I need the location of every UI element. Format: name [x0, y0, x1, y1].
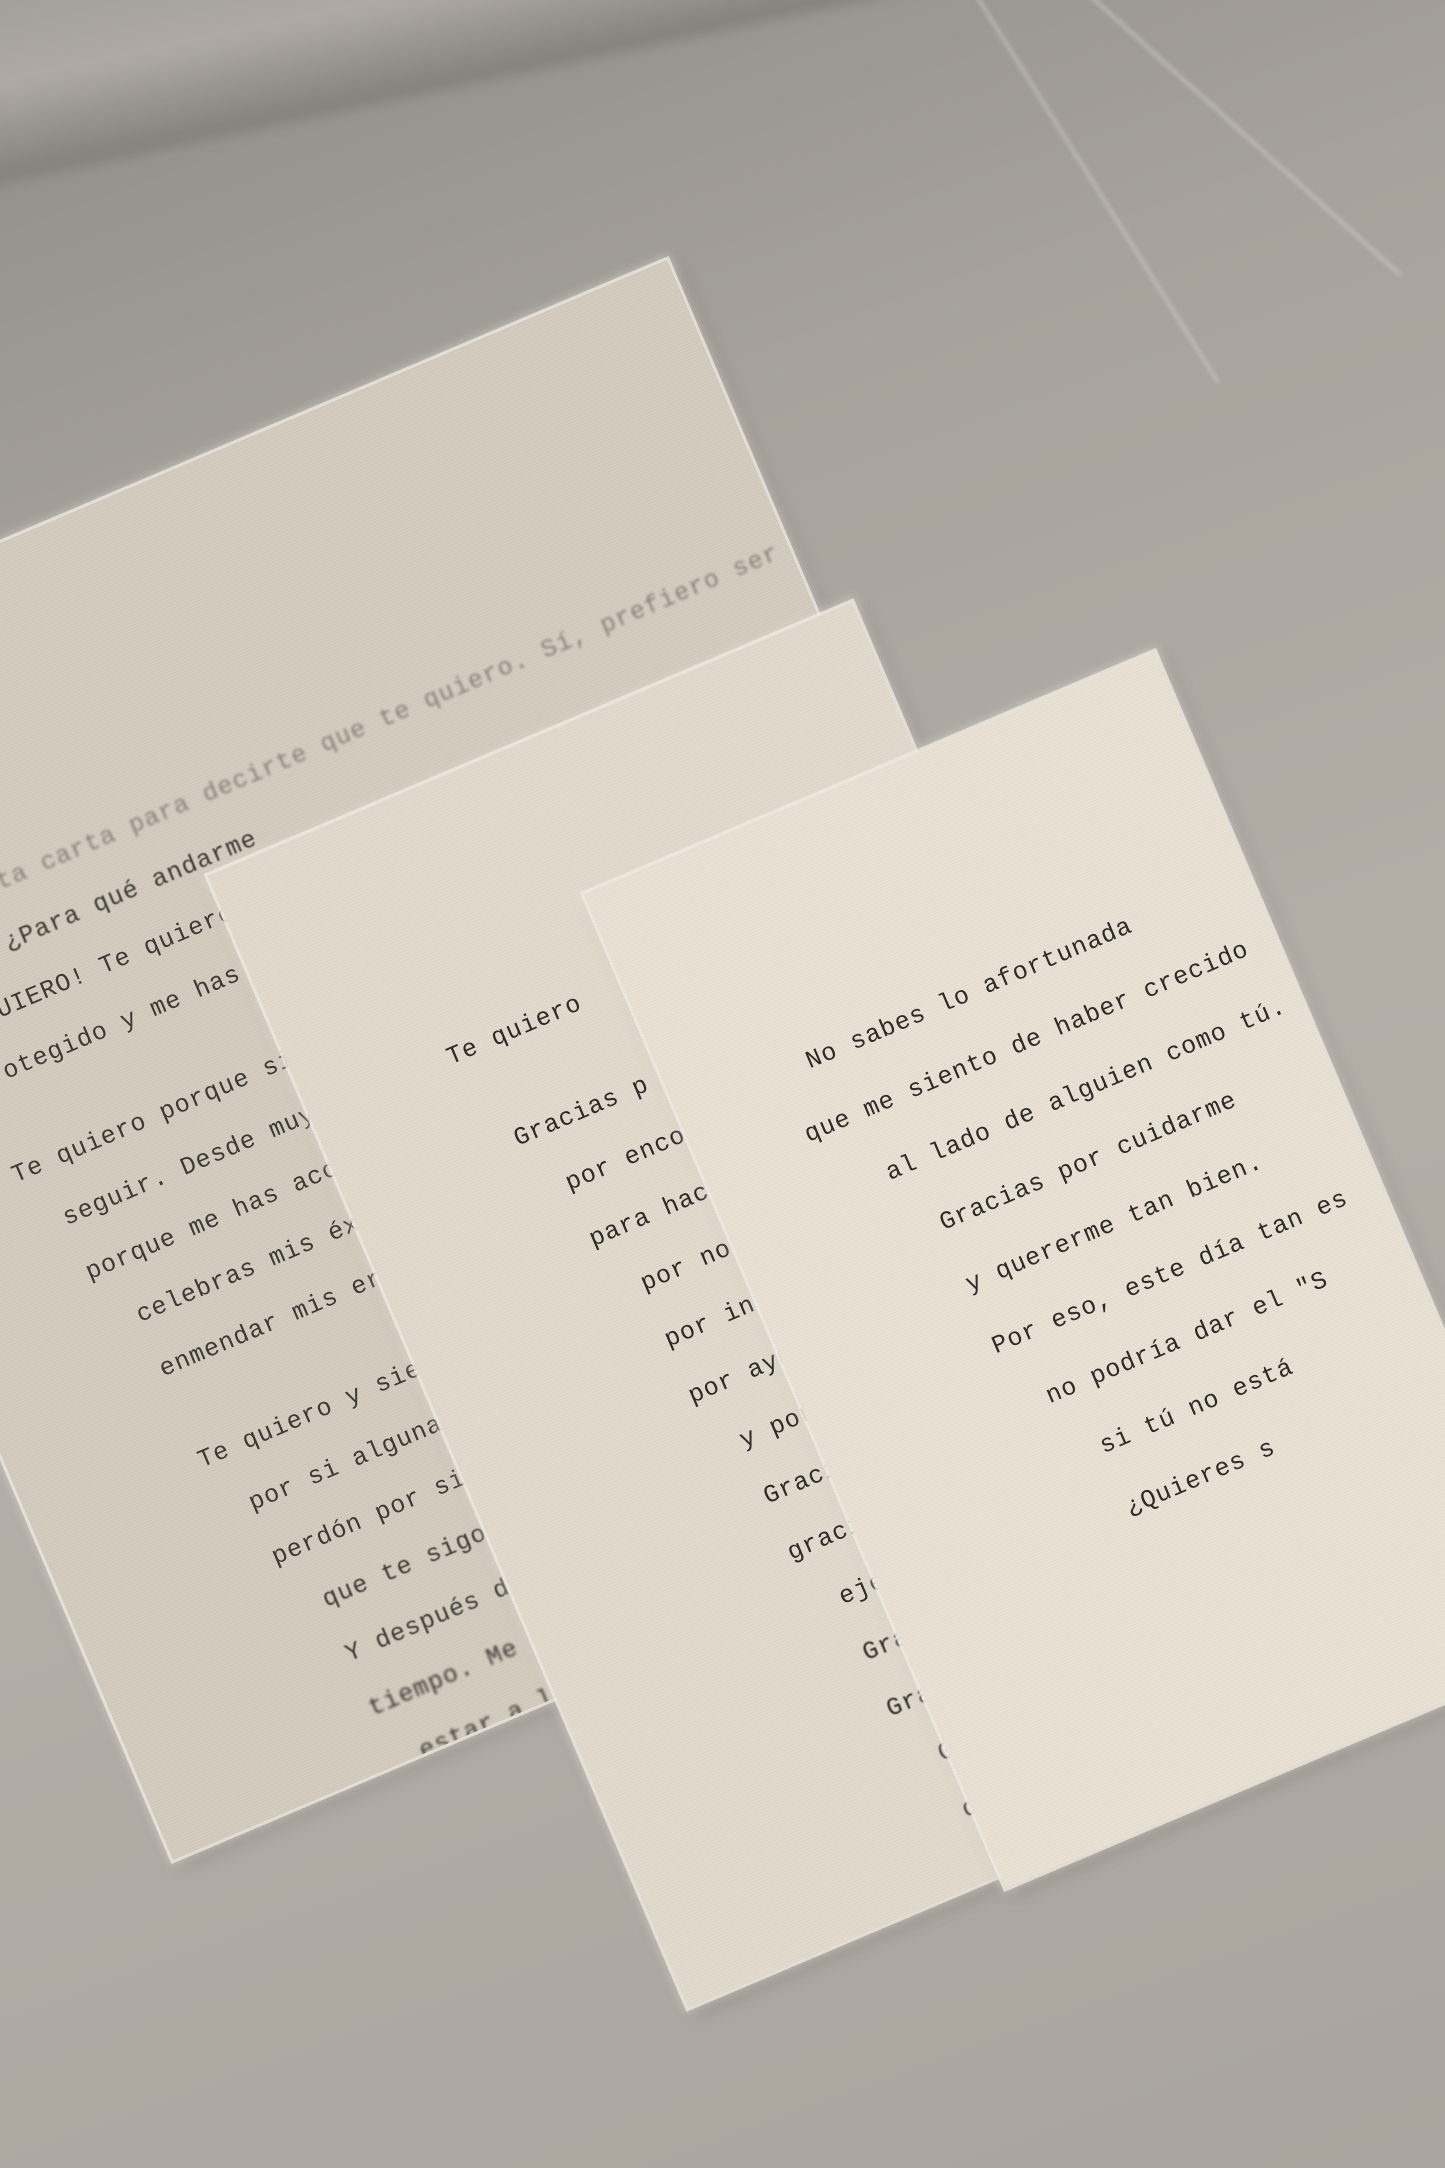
small-letter-text: No sabes lo afortunada que me siento de … [775, 871, 1445, 1618]
background-fabric-fold [0, 0, 1445, 195]
fabric-crease [1058, 0, 1402, 277]
fabric-crease [941, 0, 1219, 383]
photo-scene: escribo esta carta para decirte que te q… [0, 0, 1445, 2168]
